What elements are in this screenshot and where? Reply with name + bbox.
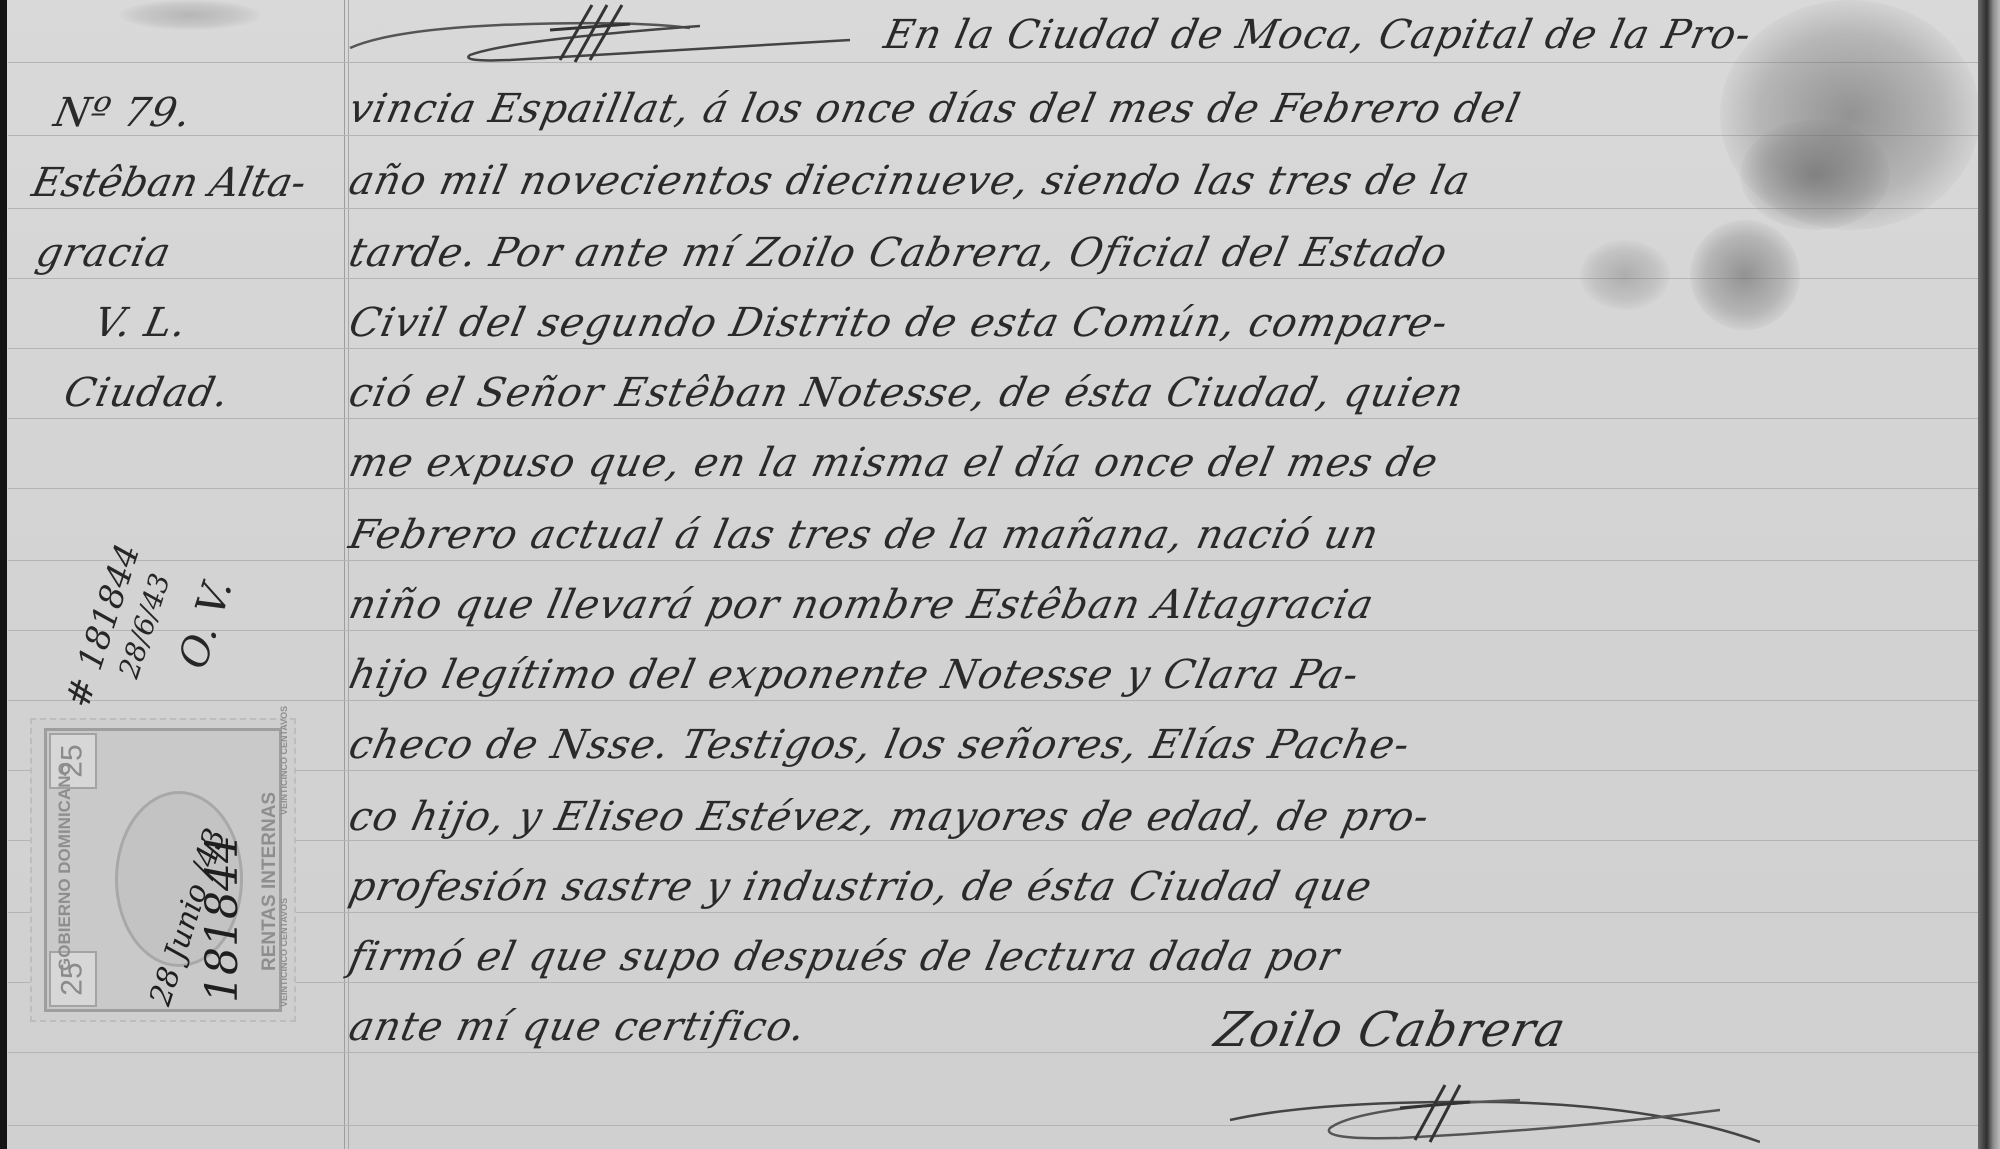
ruled-line xyxy=(8,982,1978,983)
margin-locality: Ciudad. xyxy=(60,370,234,416)
flourish-mark-top xyxy=(330,0,930,70)
body-line-8: Febrero actual á las tres de la mañana, … xyxy=(345,512,1383,558)
margin-initials: O. V. xyxy=(170,574,242,674)
ruled-line xyxy=(8,840,1978,841)
ruled-line xyxy=(8,1052,1978,1053)
ruled-line xyxy=(8,770,1978,771)
ruled-line xyxy=(8,278,1978,279)
registry-page: Nº 79. Estêban Alta- gracia V. L. Ciudad… xyxy=(0,0,2000,1149)
stamp-footer-text: RENTAS INTERNAS xyxy=(259,792,281,971)
ruled-line xyxy=(8,62,1978,63)
body-line-6: ció el Señor Estêban Notesse, de ésta Ci… xyxy=(345,370,1468,416)
stamp-header-text: GOBIERNO DOMINICANO xyxy=(55,762,75,971)
body-line-3: año mil novecientos diecinueve, siendo l… xyxy=(345,158,1474,204)
margin-code: V. L. xyxy=(90,300,191,346)
body-line-5: Civil del segundo Distrito de esta Común… xyxy=(345,300,1452,346)
body-line-2: vincia Espaillat, á los once días del me… xyxy=(345,86,1525,132)
revenue-stamp: 25 25 GOBIERNO DOMINICANO RENTAS INTERNA… xyxy=(30,718,296,1022)
ruled-line xyxy=(8,488,1978,489)
stamp-frame: 25 25 GOBIERNO DOMINICANO RENTAS INTERNA… xyxy=(44,728,282,1012)
ruled-line xyxy=(8,418,1978,419)
body-line-15: ante mí que certifico. xyxy=(345,1004,810,1050)
body-line-11: checo de Nsse. Testigos, los señores, El… xyxy=(345,722,1414,768)
body-line-1: En la Ciudad de Moca, Capital de la Pro- xyxy=(880,12,1756,58)
water-stain xyxy=(1690,220,1800,330)
page-right-edge xyxy=(1978,0,2000,1149)
ruled-line xyxy=(8,208,1978,209)
ruled-line xyxy=(8,560,1978,561)
ink-stain xyxy=(120,0,260,30)
water-stain xyxy=(1580,240,1670,310)
body-line-4: tarde. Por ante mí Zoilo Cabrera, Oficia… xyxy=(345,230,1452,276)
ruled-line xyxy=(8,700,1978,701)
body-line-14: firmó el que supo después de lectura dad… xyxy=(345,934,1344,980)
ruled-line xyxy=(8,630,1978,631)
ink-stain xyxy=(1740,120,1890,230)
body-line-12: co hijo, y Eliseo Estévez, mayores de ed… xyxy=(345,794,1434,840)
margin-name-line2: gracia xyxy=(32,230,175,276)
ruled-line xyxy=(8,912,1978,913)
body-line-13: profesión sastre y industrio, de ésta Ci… xyxy=(345,864,1376,910)
stamp-denomination-text-bottom: VEINTICINCO CENTAVOS xyxy=(279,898,289,1007)
ruled-line xyxy=(8,348,1978,349)
stamp-cancel-number: 181844 xyxy=(197,835,248,1003)
body-line-9: niño que llevará por nombre Estêban Alta… xyxy=(345,582,1378,628)
margin-name-line1: Estêban Alta- xyxy=(28,160,310,206)
entry-number: Nº 79. xyxy=(50,90,196,136)
body-line-10: hijo legítimo del exponente Notesse y Cl… xyxy=(345,652,1363,698)
stamp-denomination-text-top: VEINTICINCO CENTAVOS xyxy=(279,706,289,815)
ruled-line xyxy=(8,135,1978,136)
flourish-mark-bottom xyxy=(1200,1080,1760,1149)
page-binding-edge xyxy=(0,0,7,1149)
body-line-7: me expuso que, en la misma el día once d… xyxy=(345,440,1442,486)
official-signature: Zoilo Cabrera xyxy=(1210,1002,1571,1058)
